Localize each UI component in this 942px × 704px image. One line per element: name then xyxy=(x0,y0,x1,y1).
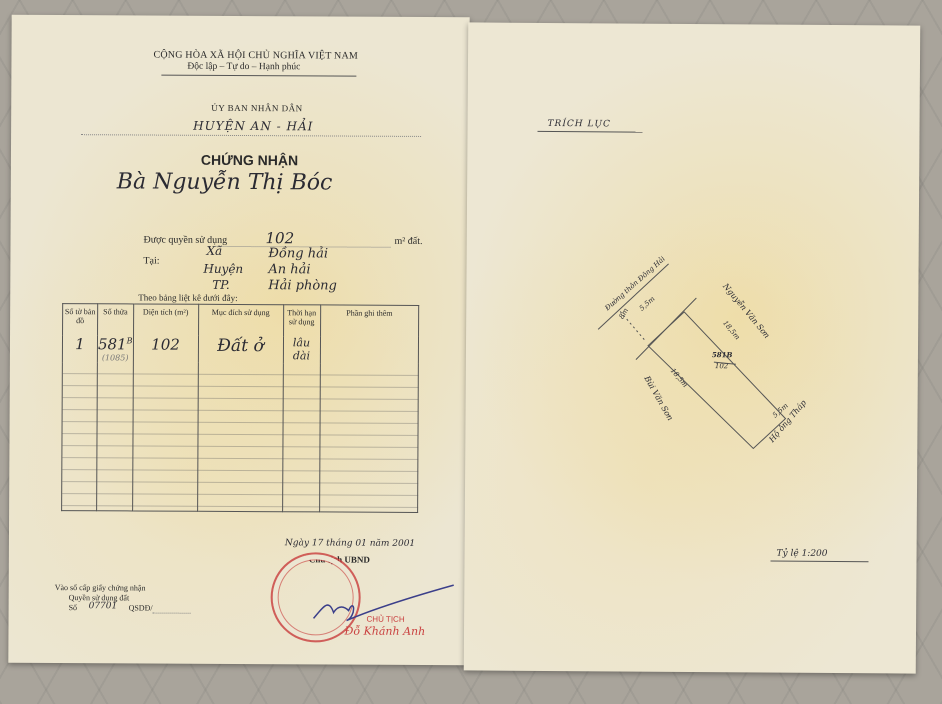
parcel-superscript: B xyxy=(127,336,133,345)
republic-heading: CỘNG HÒA XÃ HỘI CHỦ NGHĨA VIỆT NAM xyxy=(153,50,358,62)
location-label: Tại: xyxy=(143,255,159,266)
cell-notes xyxy=(320,336,419,364)
col-area: Diện tích (m²) xyxy=(133,304,198,336)
issue-date: Ngày 17 tháng 01 năm 2001 xyxy=(285,538,415,549)
map-scale: Tỷ lệ 1:200 xyxy=(777,549,828,559)
parcel-area-label: 102 xyxy=(715,362,728,370)
parcel-number-label: 581B xyxy=(712,350,733,359)
location-level-district: Huyện xyxy=(203,262,243,276)
location-level-city: TP. xyxy=(212,278,230,292)
col-purpose: Mục đích sử dụng xyxy=(198,304,283,336)
holder-name: Bà Nguyễn Thị Bóc xyxy=(117,169,333,195)
certificate-right-page: TRÍCH LỤC Đường thôn Đông Hải 5,5m 8m Ng… xyxy=(464,22,921,673)
location-city: Hải phòng xyxy=(268,278,337,293)
table-row: 1 581B (1085) 102 Đất ở lâu dài xyxy=(62,335,418,364)
area-unit: m² đất. xyxy=(394,236,422,247)
location-commune: Đồng hải xyxy=(268,246,328,261)
extract-title: TRÍCH LỤC xyxy=(548,119,611,129)
table-intro: Theo bảng liệt kê dưới đây: xyxy=(138,292,237,303)
registry-number: 07701 xyxy=(89,601,118,611)
area-value: 102 xyxy=(265,229,294,247)
certificate-left-page: CỘNG HÒA XÃ HỘI CHỦ NGHĨA VIỆT NAM Độc l… xyxy=(8,15,469,665)
registry-suffix: QSDĐ/ xyxy=(129,603,153,612)
parcel-sketch xyxy=(585,233,807,455)
col-notes: Phần ghi thêm xyxy=(320,305,419,337)
location-district: An hải xyxy=(268,262,310,277)
parcel-old-number: (1085) xyxy=(98,353,133,362)
registry-line-1: Vào số cấp giấy chứng nhận xyxy=(55,583,146,592)
cell-purpose: Đất ở xyxy=(198,336,283,363)
stamp-signer-name: Đỗ Khánh Anh xyxy=(344,625,425,638)
col-parcel-number: Số thửa xyxy=(98,304,134,336)
document-title: CHỨNG NHẬN xyxy=(201,152,298,169)
parcel-number: 581 xyxy=(98,335,127,353)
land-parcel-table: Số tờ bản đồ Số thửa Diện tích (m²) Mục … xyxy=(61,303,419,513)
map-scale-underline xyxy=(771,561,869,563)
cell-area: 102 xyxy=(133,335,198,362)
stamp-title: CHỦ TỊCH xyxy=(367,615,405,624)
location-level-commune: Xã xyxy=(206,244,222,258)
national-motto: Độc lập – Tự do – Hạnh phúc xyxy=(187,62,300,73)
registry-number-label: Số xyxy=(69,603,78,612)
registry-underline xyxy=(153,613,191,614)
heading-divider xyxy=(161,75,356,77)
authority-label: ỦY BAN NHÂN DÂN xyxy=(211,103,302,113)
cell-parcel-number: 581B (1085) xyxy=(97,335,133,362)
col-map-sheet: Số tờ bản đồ xyxy=(63,304,98,336)
table-header-row: Số tờ bản đồ Số thửa Diện tích (m²) Mục … xyxy=(63,304,419,337)
col-duration: Thời hạn sử dụng xyxy=(283,305,320,337)
extract-title-underline xyxy=(538,131,643,133)
district-name: HUYỆN AN - HẢI xyxy=(193,119,313,134)
table-blank-rows xyxy=(62,362,419,512)
cell-duration: lâu dài xyxy=(283,336,320,363)
district-underline xyxy=(81,134,421,137)
cell-map-sheet: 1 xyxy=(62,335,97,362)
